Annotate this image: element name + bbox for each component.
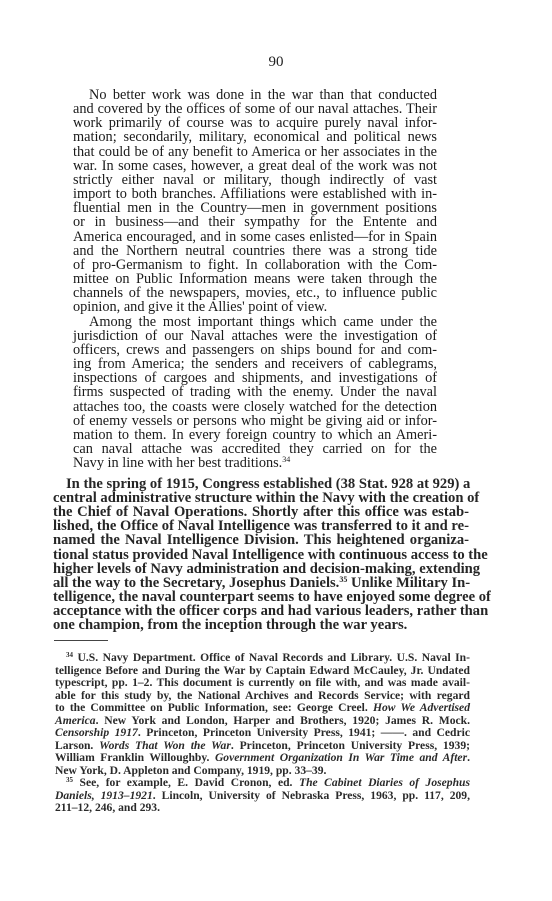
footnote-separator xyxy=(54,640,108,641)
footnote-text: New York, D. Appleton and Company, 1919,… xyxy=(55,764,326,777)
footnote-ref-34[interactable]: 34 xyxy=(282,455,290,464)
footnote-text: . xyxy=(467,751,470,764)
footnote-text: 211–12, 246, and 293. xyxy=(55,801,160,814)
footnote-number: 35 xyxy=(66,776,73,784)
quote-line: mation; secondarily, military, economica… xyxy=(73,130,437,144)
scan-speck xyxy=(473,609,475,611)
footnote-text: able for this study by, the National Arc… xyxy=(55,689,470,702)
footnote-text: typescript, pp. 1–2. This document is cu… xyxy=(55,676,470,689)
quote-line: opinion, and give it the Allies' point o… xyxy=(73,300,437,314)
footnote-text: See, for example, E. David Cronon, ed. xyxy=(80,776,299,789)
citation-title: Government Organization In War Time and … xyxy=(215,751,467,764)
citation-title: How We Advertised xyxy=(373,701,470,714)
page-number: 90 xyxy=(0,54,552,71)
quote-line: Navy in line with her best traditions.34 xyxy=(73,456,437,470)
footnote-number: 34 xyxy=(66,651,73,659)
citation-title: Censorship 1917 xyxy=(55,726,138,739)
footnote-text: telligence Before and During the War by … xyxy=(55,664,470,677)
body-line: one champion, from the inception through… xyxy=(53,618,469,632)
footnote-text: . New York and London, Harper and Brothe… xyxy=(96,714,470,727)
quote-line: or in business—and their sympathy for th… xyxy=(73,215,437,229)
footnote-text: William Franklin Willoughby. xyxy=(55,751,215,764)
footnote-text: U.S. Navy Department. Office of Naval Re… xyxy=(77,651,470,664)
body-line: named the Naval Intelligence Division. T… xyxy=(53,533,469,547)
footnote-text: . Princeton, Princeton University Press,… xyxy=(231,739,470,752)
citation-title: America xyxy=(55,714,96,727)
citation-title: Daniels, 1913–1921 xyxy=(55,789,153,802)
document-page: 90 No better work was done in the war th… xyxy=(0,0,552,901)
citation-title: The Cabinet Diaries of Josephus xyxy=(299,776,470,789)
footnote-text: Larson. xyxy=(55,739,99,752)
footnote-text: . Princeton, Princeton University Press,… xyxy=(138,726,470,739)
quote-line: firms suspected of trading with the enem… xyxy=(73,385,437,399)
footnote-text: . Lincoln, University of Nebraska Press,… xyxy=(153,789,470,802)
footnote-line: 211–12, 246, and 293. xyxy=(55,802,470,815)
footnote-text: to the Committee on Public Information, … xyxy=(55,701,373,714)
citation-title: Words That Won the War xyxy=(99,739,231,752)
